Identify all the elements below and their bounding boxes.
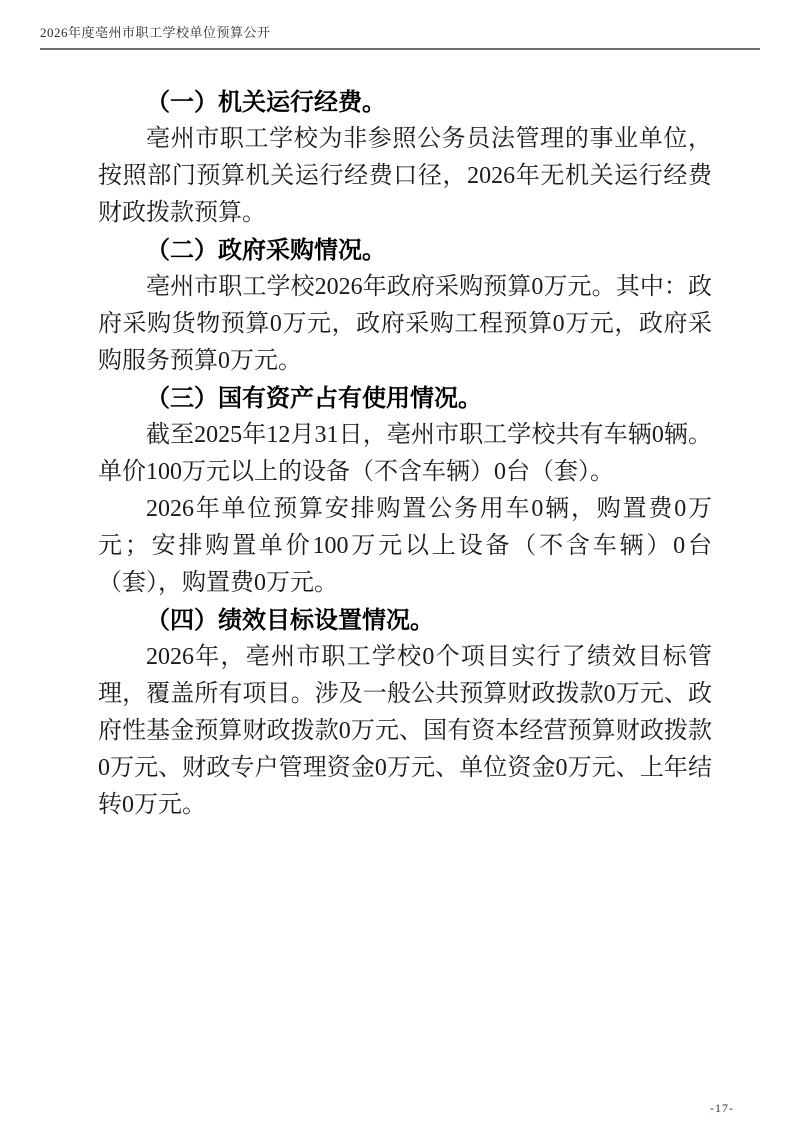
document-page: 2026年度亳州市职工学校单位预算公开 （一）机关运行经费。 亳州市职工学校为非… [0, 0, 800, 1132]
section-1-heading: （一）机关运行经费。 [98, 84, 712, 121]
section-4-paragraph-1: 2026年，亳州市职工学校0个项目实行了绩效目标管理，覆盖所有项目。涉及一般公共… [98, 639, 712, 824]
section-2-heading: （二）政府采购情况。 [98, 232, 712, 269]
section-3-paragraph-1: 截至2025年12月31日，亳州市职工学校共有车辆0辆。单价100万元以上的设备… [98, 417, 712, 491]
section-2-paragraph-1: 亳州市职工学校2026年政府采购预算0万元。其中：政府采购货物预算0万元，政府采… [98, 269, 712, 380]
page-header: 2026年度亳州市职工学校单位预算公开 [40, 22, 760, 50]
section-3-paragraph-2: 2026年单位预算安排购置公务用车0辆，购置费0万元；安排购置单价100万元以上… [98, 491, 712, 602]
page-number: -17- [710, 1101, 734, 1116]
section-1-paragraph-1: 亳州市职工学校为非参照公务员法管理的事业单位，按照部门预算机关运行经费口径，20… [98, 121, 712, 232]
document-content: （一）机关运行经费。 亳州市职工学校为非参照公务员法管理的事业单位，按照部门预算… [98, 84, 712, 824]
section-3-heading: （三）国有资产占有使用情况。 [98, 380, 712, 417]
section-4-heading: （四）绩效目标设置情况。 [98, 602, 712, 639]
header-title: 2026年度亳州市职工学校单位预算公开 [40, 25, 271, 40]
